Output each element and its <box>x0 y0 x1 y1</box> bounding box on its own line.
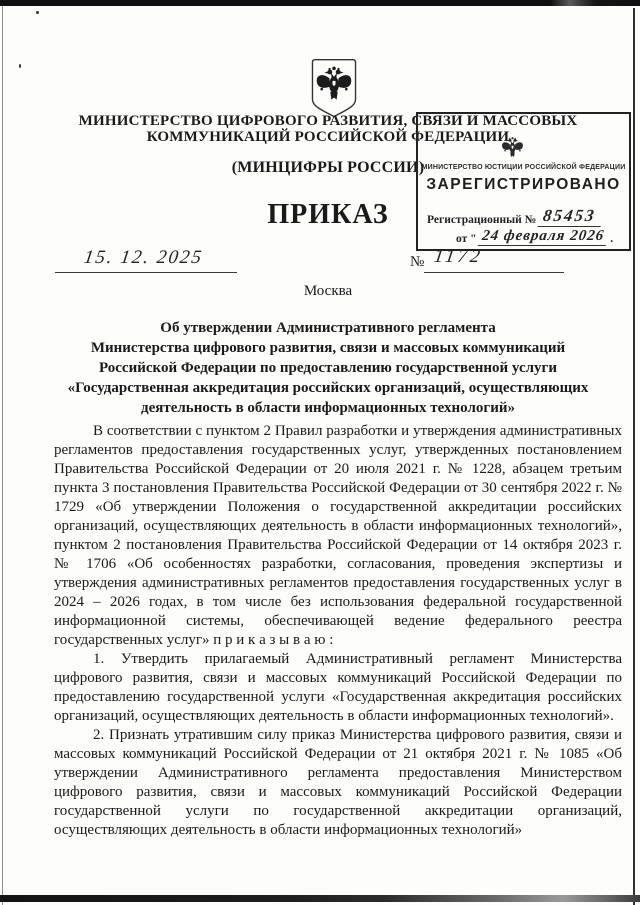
scan-edge-bottom <box>0 895 640 902</box>
justice-ministry-eagle-icon <box>499 134 526 162</box>
stamp-date-handwritten: 24 февраля 2026 <box>478 228 609 246</box>
stamp-date-suffix: . <box>610 233 613 245</box>
scanned-order-page: МИНИСТЕРСТВО ЦИФРОВОГО РАЗВИТИЯ, СВЯЗИ И… <box>0 0 640 905</box>
date-underline <box>55 272 237 273</box>
order-title-line: Об утверждении Административного регламе… <box>36 318 620 338</box>
scan-speck <box>36 11 39 14</box>
body-paragraph-item-1: 1. Утвердить прилагаемый Административны… <box>54 650 622 726</box>
order-title: Об утверждении Административного регламе… <box>36 318 620 418</box>
stamp-date-prefix: от " <box>456 233 477 245</box>
body-paragraph-preamble: В соответствии с пунктом 2 Правил разраб… <box>54 422 622 650</box>
scan-speck <box>19 64 21 68</box>
number-label: № <box>410 254 424 271</box>
order-body: В соответствии с пунктом 2 Правил разраб… <box>54 422 622 840</box>
order-title-line: Министерства цифрового развития, связи и… <box>36 338 620 358</box>
city-line: Москва <box>54 283 602 300</box>
body-paragraph-item-2: 2. Признать утратившим силу приказ Минис… <box>54 726 622 840</box>
stamp-authority-line: МИНИСТЕРСТВО ЮСТИЦИИ РОССИЙСКОЙ ФЕДЕРАЦИ… <box>418 164 629 171</box>
coat-of-arms-icon <box>308 58 360 120</box>
number-underline <box>424 272 564 273</box>
registration-stamp: МИНИСТЕРСТВО ЮСТИЦИИ РОССИЙСКОЙ ФЕДЕРАЦИ… <box>416 112 631 251</box>
stamp-reg-label: Регистрационный № <box>427 214 536 226</box>
stamp-reg-number-handwritten: 85453 <box>538 206 603 227</box>
stamp-registered-label: ЗАРЕГИСТРИРОВАНО <box>418 176 629 194</box>
stamp-registration-number-row: Регистрационный № 85453 <box>427 208 621 229</box>
order-title-line: Российской Федерации по предоставлению г… <box>36 358 620 378</box>
order-title-line: «Государственная аккредитация российских… <box>36 378 620 398</box>
scan-edge-left <box>2 6 3 905</box>
scan-edge-top <box>0 0 640 6</box>
order-title-line: деятельность в области информационных те… <box>36 398 620 418</box>
stamp-date-row: от " 24 февраля 2026 . <box>456 230 613 248</box>
order-date-handwritten: 15. 12. 2025 <box>82 247 204 269</box>
scan-edge-right <box>633 8 635 905</box>
